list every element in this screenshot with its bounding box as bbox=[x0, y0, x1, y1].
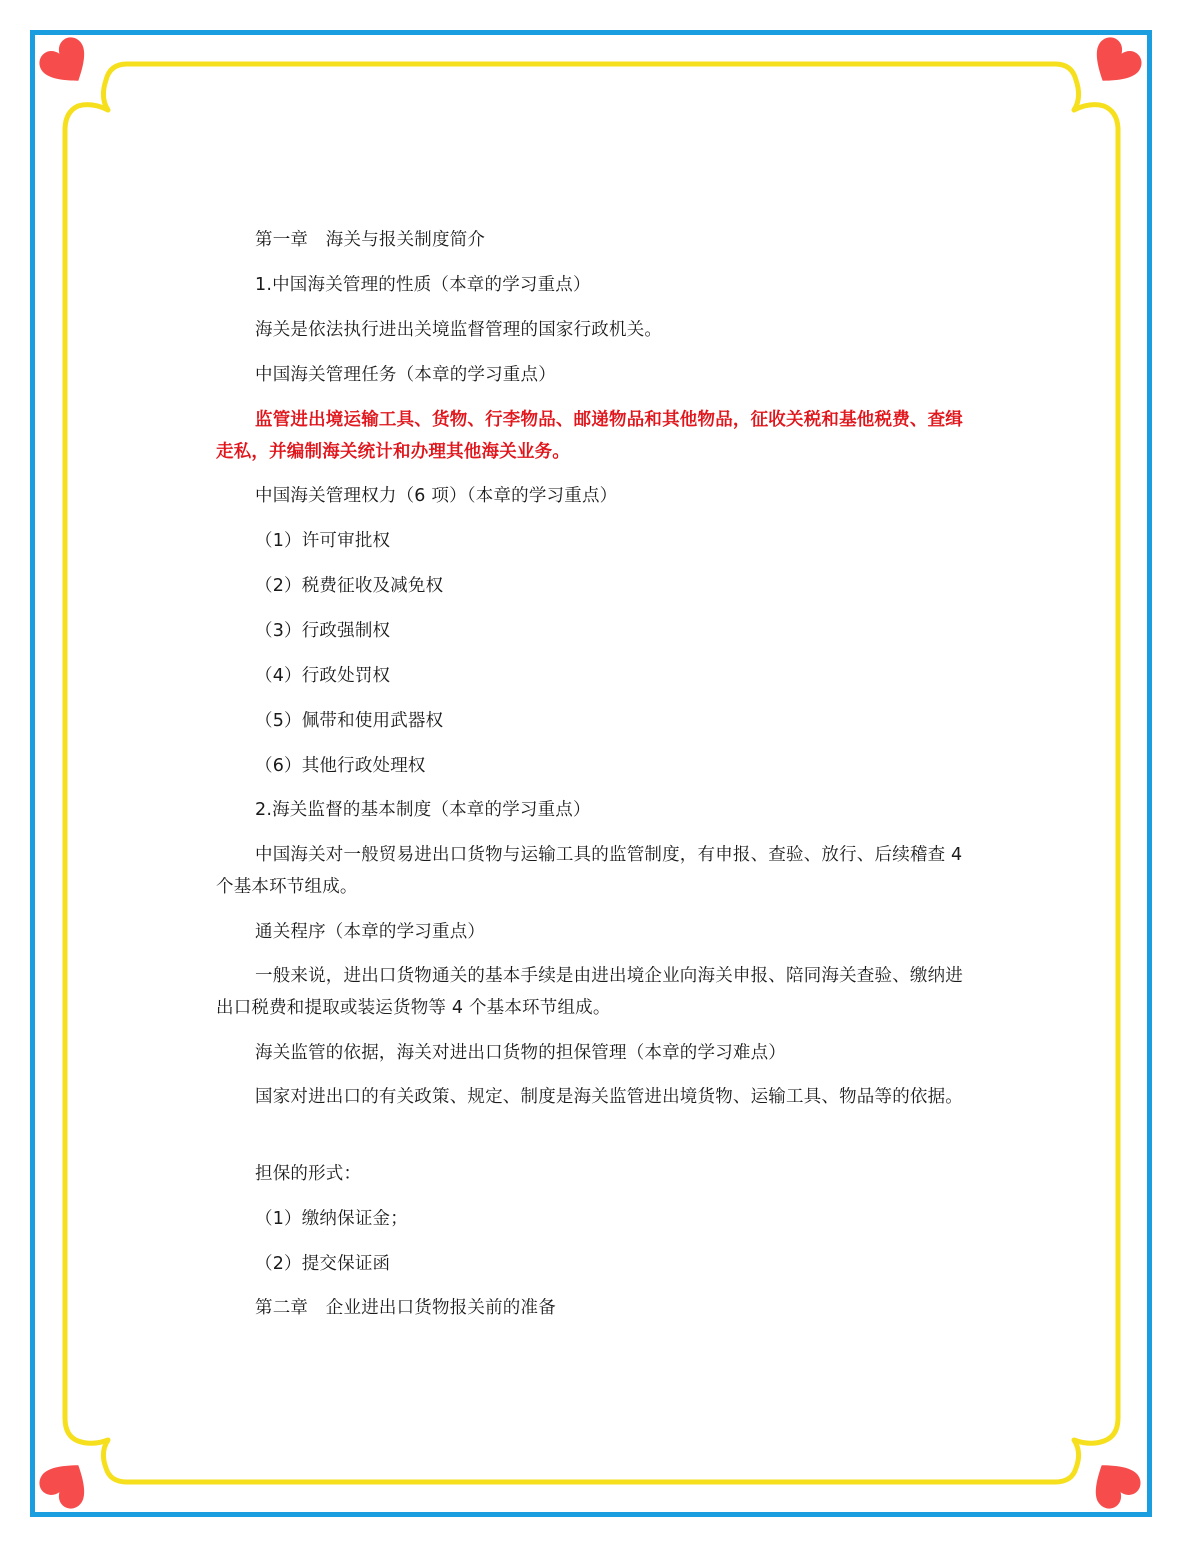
paragraph: 1.中国海关管理的性质（本章的学习重点） bbox=[216, 269, 978, 301]
paragraph: （4）行政处罚权 bbox=[216, 660, 978, 692]
paragraph: 通关程序（本章的学习重点） bbox=[216, 916, 978, 948]
paragraph: 2.海关监督的基本制度（本章的学习重点） bbox=[216, 794, 978, 826]
chapter-heading: 第一章 海关与报关制度简介 bbox=[216, 224, 978, 256]
heart-icon bbox=[1083, 33, 1146, 95]
paragraph: 中国海关管理任务（本章的学习重点） bbox=[216, 359, 978, 391]
paragraph: （2）提交保证函 bbox=[216, 1248, 978, 1280]
emphasis-paragraph: 监管进出境运输工具、货物、行李物品、邮递物品和其他物品，征收关税和基他税费、查缉… bbox=[216, 404, 978, 468]
heart-icon bbox=[35, 33, 98, 95]
paragraph: （6）其他行政处理权 bbox=[216, 750, 978, 782]
paragraph: （3）行政强制权 bbox=[216, 615, 978, 647]
paragraph: 担保的形式： bbox=[216, 1158, 978, 1190]
paragraph: 海关监管的依据，海关对进出口货物的担保管理（本章的学习难点） bbox=[216, 1037, 978, 1069]
heart-icon bbox=[1082, 1451, 1145, 1513]
paragraph: 中国海关管理权力（6 项）（本章的学习重点） bbox=[216, 480, 978, 512]
paragraph: （5）佩带和使用武器权 bbox=[216, 705, 978, 737]
paragraph: 中国海关对一般贸易进出口货物与运输工具的监管制度，有申报、查验、放行、后续稽查 … bbox=[216, 839, 978, 903]
paragraph: 海关是依法执行进出关境监督管理的国家行政机关。 bbox=[216, 314, 978, 346]
paragraph: （2）税费征收及减免权 bbox=[216, 570, 978, 602]
paragraph: （1）缴纳保证金； bbox=[216, 1203, 978, 1235]
heart-icon bbox=[35, 1451, 98, 1513]
chapter-heading: 第二章 企业进出口货物报关前的准备 bbox=[216, 1292, 978, 1324]
paragraph: 一般来说，进出口货物通关的基本手续是由进出境企业向海关申报、陪同海关查验、缴纳进… bbox=[216, 960, 978, 1024]
paragraph: （1）许可审批权 bbox=[216, 525, 978, 557]
paragraph: 国家对进出口的有关政策、规定、制度是海关监管进出境货物、运输工具、物品等的依据。 bbox=[216, 1081, 978, 1113]
